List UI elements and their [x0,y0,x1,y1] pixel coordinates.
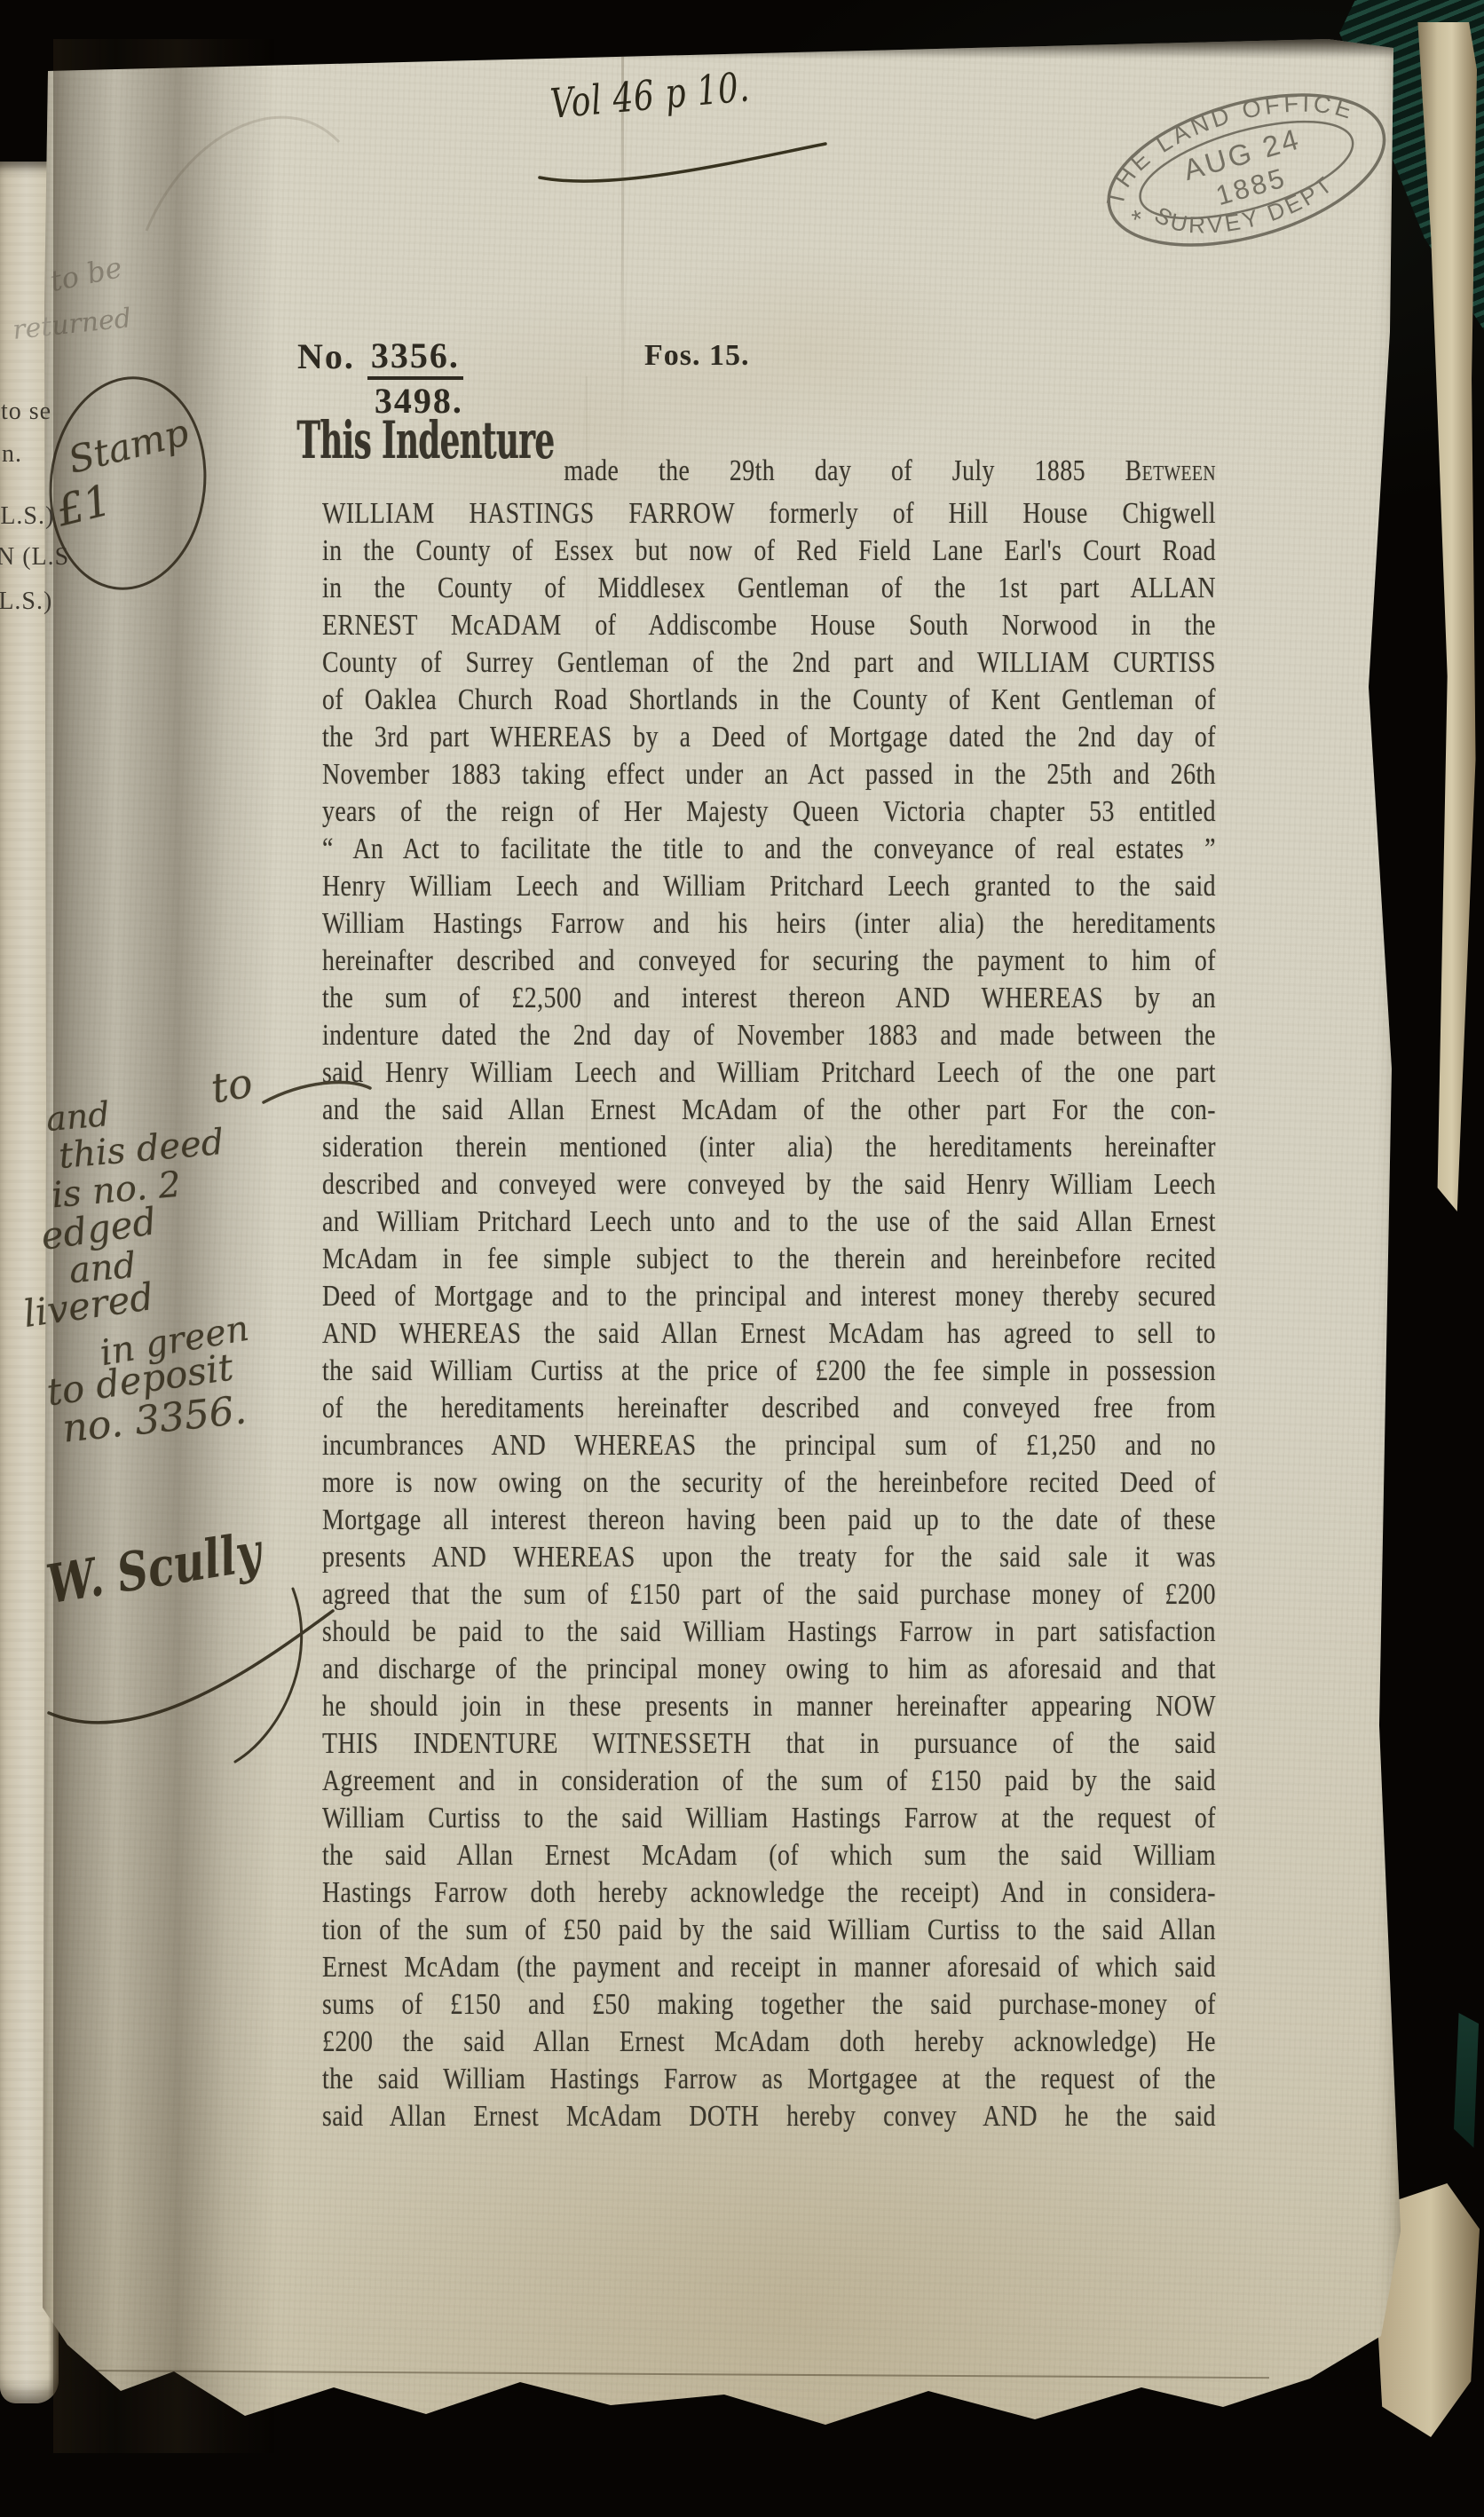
deed-text-line: November 1883 taking effect under an Act… [322,756,1216,793]
deed-text-line: County of Surrey Gentleman of the 2nd pa… [322,644,1216,682]
deed-text-line: the said William Curtiss at the price of… [322,1353,1216,1390]
deed-text-line: Hastings Farrow doth hereby acknowledge … [322,1874,1216,1912]
deed-text-line: Mortgage all interest thereon having bee… [322,1502,1216,1539]
deed-text-line: hereinafter described and conveyed for s… [322,943,1216,980]
binding-cloth-speck-right [1454,2013,1479,2148]
deed-body-text: This Indenture made the 29th day of July… [322,417,1216,2135]
deed-text-line: of the hereditaments hereinafter describ… [322,1390,1216,1427]
deed-text-line: and the said Allan Ernest McAdam of the … [322,1092,1216,1129]
prev-page-fragment: n. [2,440,22,469]
deed-text-lines: WILLIAM HASTINGS FARROW formerly of Hill… [322,495,1216,2135]
deed-text-line: tion of the sum of £50 paid by the said … [322,1912,1216,1949]
deed-text-line: ERNEST McADAM of Addiscombe House South … [322,607,1216,644]
deed-text-line: “ An Act to facilitate the title to and … [322,831,1216,868]
deed-text-line: £200 the said Allan Ernest McAdam doth h… [322,2024,1216,2061]
deed-text-line: Henry William Leech and William Pritchar… [322,868,1216,905]
no-label: No. [297,337,355,376]
deed-text-line: Agreement and in consideration of the su… [322,1763,1216,1800]
deed-text-line: THIS INDENTURE WITNESSETH that in pursua… [322,1725,1216,1763]
deed-opening-continuation: made the 29th day of July 1885 Between [564,417,1216,490]
deed-text-line: the said Allan Ernest McAdam (of which s… [322,1837,1216,1874]
registration-numbers: 3356. 3498. [367,337,463,421]
deed-text-line: should be paid to the said William Hasti… [322,1614,1216,1651]
volume-note-underline [533,135,834,197]
ink-note-flourish [259,1065,375,1118]
prev-page-fragment-ls: (L.S.) [0,502,54,531]
deed-text-line: and William Pritchard Leech unto and to … [322,1203,1216,1241]
signature-flourish [27,1562,373,1784]
deed-text-line: McAdam in fee simple subject to the ther… [322,1241,1216,1278]
deed-text-line: said Allan Ernest McAdam DOTH hereby con… [322,2098,1216,2135]
ink-note-to: to [208,1058,257,1112]
deed-text-line: years of the reign of Her Majesty Queen … [322,793,1216,831]
opening-between-word: Between [1125,454,1216,487]
registration-number-block: No. 3356. 3498. [297,337,463,421]
deed-text-line: WILLIAM HASTINGS FARROW formerly of Hill… [322,495,1216,533]
deed-text-line: AND WHEREAS the said Allan Ernest McAdam… [322,1315,1216,1353]
deed-opening-line: This Indenture made the 29th day of July… [322,417,1216,495]
deed-text-line: Ernest McAdam (the payment and receipt i… [322,1949,1216,1986]
deed-text-line: the said William Hastings Farrow as Mort… [322,2061,1216,2098]
scanned-deed-photo: { "doc": { "vol_note": "Vol 46 p 10.", "… [0,0,1484,2517]
prev-page-fragment: nto se [0,398,51,426]
pencil-swoosh [133,49,346,253]
deed-text-line: Deed of Mortgage and to the principal an… [322,1278,1216,1315]
page-bottom-fold-line [62,2370,1269,2379]
deed-text-line: and discharge of the principal money owi… [322,1651,1216,1688]
deed-text-line: more is now owing on the security of the… [322,1464,1216,1502]
blackletter-opening-words: This Indenture [296,410,554,470]
deed-text-line: of Oaklea Church Road Shortlands in the … [322,682,1216,719]
deed-text-line: William Hastings Farrow and his heirs (i… [322,905,1216,943]
stamp-asterisk: * [1129,204,1148,235]
deed-page: Vol 46 p 10. No. 3356. 3498. Fos. 15. TH… [43,39,1405,2453]
registration-number-top: 3356. [367,337,463,380]
deed-text-line: indenture dated the 2nd day of November … [322,1017,1216,1054]
deed-text-line: he should join in these presents in mann… [322,1688,1216,1725]
deed-text-line: presents AND WHEREAS upon the treaty for… [322,1539,1216,1576]
prev-page-fragment-ls-2: (L.S.) [0,588,52,616]
deed-text-line: the sum of £2,500 and interest thereon A… [322,980,1216,1017]
prev-page-fragment-n-ls: N (L.S [0,543,69,572]
land-office-date-stamp: THE LAND OFFICE SURVEY DEPT AUG 24 1885 … [1070,29,1433,313]
handwritten-volume-note: Vol 46 p 10. [549,62,752,127]
deed-text-line: in the County of Essex but now of Red Fi… [322,533,1216,570]
opening-rest-text: made the 29th day of July 1885 [564,454,1085,487]
deed-text-line: William Curtiss to the said William Hast… [322,1800,1216,1837]
deed-text-line: said Henry William Leech and William Pri… [322,1054,1216,1092]
deed-text-line: sums of £150 and £50 making together the… [322,1986,1216,2024]
deed-text-line: incumbrances AND WHEREAS the principal s… [322,1427,1216,1464]
folio-number: Fos. 15. [644,339,750,373]
deed-text-line: the 3rd part WHEREAS by a Deed of Mortga… [322,719,1216,756]
deed-text-line: in the County of Middlesex Gentleman of … [322,570,1216,607]
deed-text-line: sideration therein mentioned (inter alia… [322,1129,1216,1166]
deed-text-line: described and conveyed were conveyed by … [322,1166,1216,1203]
deed-text-line: agreed that the sum of £150 part of the … [322,1576,1216,1614]
